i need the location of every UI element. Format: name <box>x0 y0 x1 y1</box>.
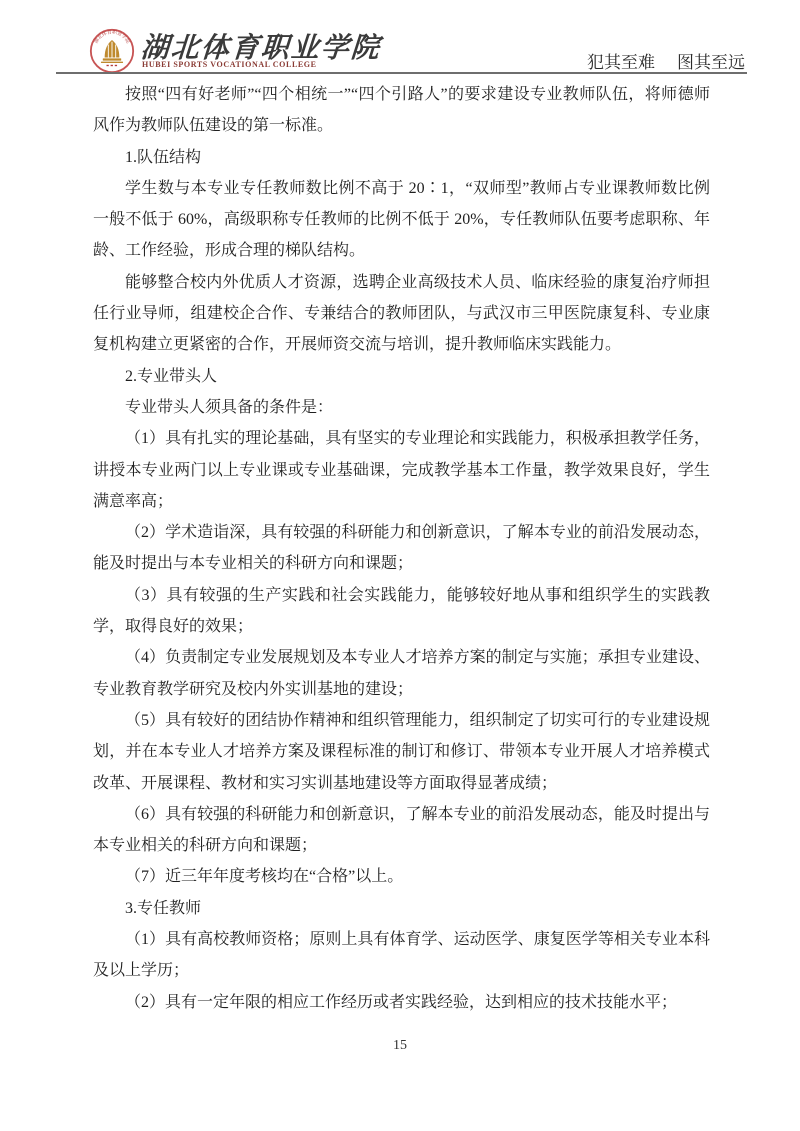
header-divider-line <box>56 72 747 74</box>
paragraph: 学生数与本专业专任教师数比例不高于 20∶1，“双师型”教师占专业课教师数比例一… <box>93 173 710 267</box>
paragraph: （1）具有扎实的理论基础，具有坚实的专业理论和实践能力，积极承担教学任务，讲授本… <box>93 423 710 517</box>
paragraph: （4）负责制定专业发展规划及本专业人才培养方案的制定与实施；承担专业建设、专业教… <box>93 642 710 705</box>
paragraph: （7）近三年年度考核均在“合格”以上。 <box>93 861 710 892</box>
motto-phrase-1: 犯其至难 <box>587 48 655 73</box>
motto-phrase-2: 图其至远 <box>677 48 745 73</box>
paragraph: （2）具有一定年限的相应工作经历或者实践经验，达到相应的技术技能水平； <box>93 987 710 1018</box>
college-seal-icon: 湖北体育职业学院 <box>89 28 135 74</box>
paragraph: 1.队伍结构 <box>93 142 710 173</box>
page-number: 15 <box>393 1038 407 1053</box>
paragraph: 3.专任教师 <box>93 893 710 924</box>
paragraph: （1）具有高校教师资格；原则上具有体育学、运动医学、康复医学等相关专业本科及以上… <box>93 924 710 987</box>
document-page: 湖北体育职业学院 湖北体育职业学院 <box>0 0 800 1131</box>
paragraph: 按照“四有好老师”“四个相统一”“四个引路人”的要求建设专业教师队伍，将师德师风… <box>93 79 710 142</box>
paragraph: （5）具有较好的团结协作精神和组织管理能力，组织制定了切实可行的专业建设规划，并… <box>93 705 710 799</box>
paragraph: （2）学术造诣深，具有较强的科研能力和创新意识，了解本专业的前沿发展动态，能及时… <box>93 517 710 580</box>
paragraph: 2.专业带头人 <box>93 361 710 392</box>
header-motto: 犯其至难 图其至远 <box>587 48 745 73</box>
paragraph: 专业带头人须具备的条件是： <box>93 392 710 423</box>
document-body: 按照“四有好老师”“四个相统一”“四个引路人”的要求建设专业教师队伍，将师德师风… <box>93 79 710 1018</box>
seal-bottom-marks <box>106 65 117 66</box>
page-footer: 15 <box>0 1038 800 1054</box>
college-name-english: HUBEI SPORTS VOCATIONAL COLLEGE <box>142 60 317 69</box>
paragraph: 能够整合校内外优质人才资源，选聘企业高级技术人员、临床经验的康复治疗师担任行业导… <box>93 267 710 361</box>
paragraph: （6）具有较强的科研能力和创新意识，了解本专业的前沿发展动态，能及时提出与本专业… <box>93 799 710 862</box>
paragraph: （3）具有较强的生产实践和社会实践能力，能够较好地从事和组织学生的实践教学，取得… <box>93 580 710 643</box>
